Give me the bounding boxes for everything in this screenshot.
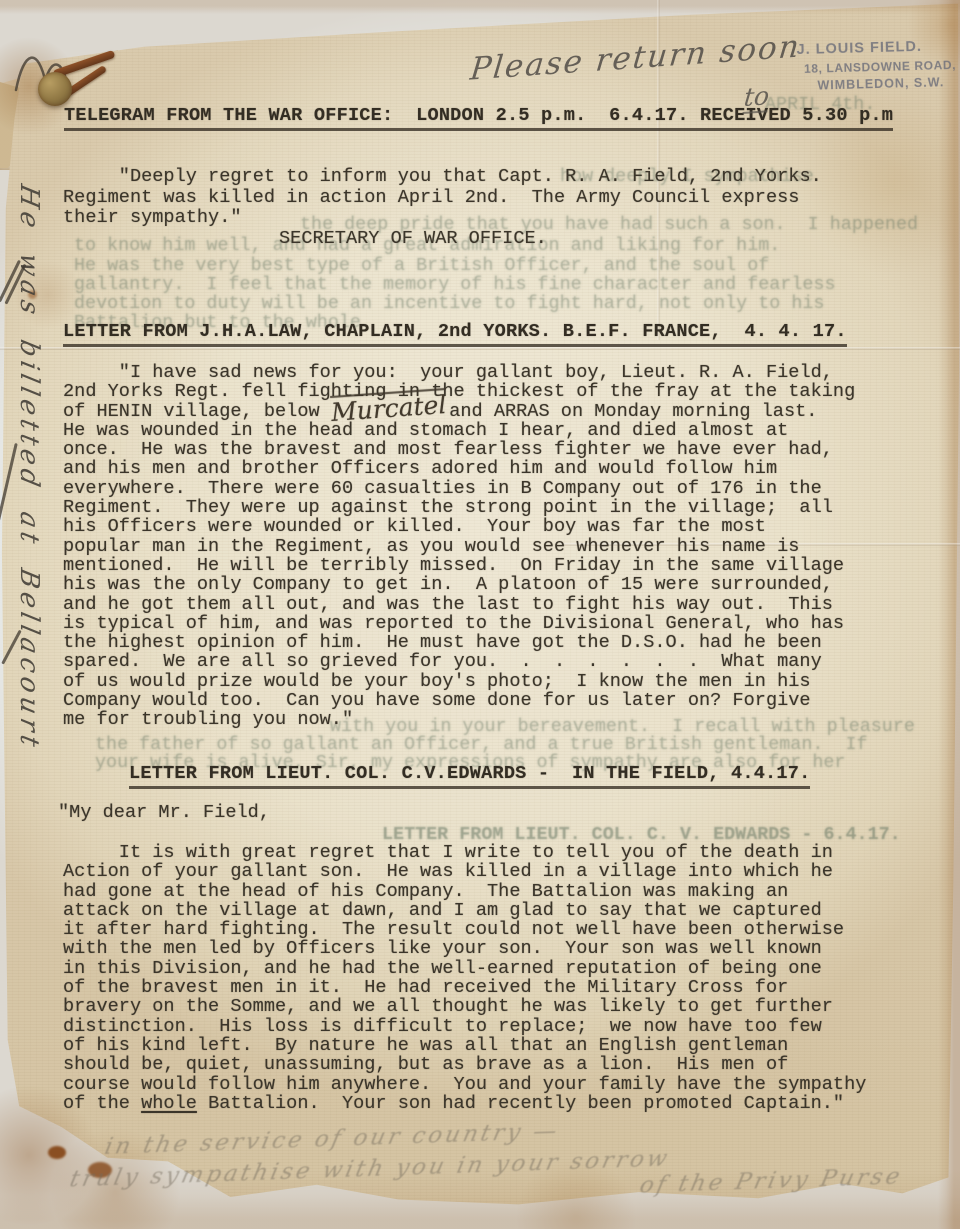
bleedthrough-line: He was the very best type of a British O… bbox=[74, 255, 769, 276]
chaplain-body-part2: and ARRAS on Monday morning last. He was… bbox=[63, 401, 844, 731]
underlined-word-whole: whole bbox=[141, 1093, 197, 1114]
bleedthrough-line: gallantry. I feel that the memory of his… bbox=[74, 274, 836, 295]
brass-fastener bbox=[38, 72, 72, 106]
telegram-heading: TELEGRAM FROM THE WAR OFFICE: LONDON 2.5… bbox=[64, 106, 893, 131]
chaplain-letter-body: "I have sad news for you: your gallant b… bbox=[63, 363, 908, 730]
telegram-body: "Deeply regret to inform you that Capt. … bbox=[63, 167, 903, 229]
telegram-signature: SECRETARY OF WAR OFFICE. bbox=[279, 229, 547, 248]
edwards-salutation: "My dear Mr. Field, bbox=[58, 803, 270, 822]
edwards-letter-body: It is with great regret that I write to … bbox=[63, 843, 908, 1113]
return-note-to: to bbox=[742, 81, 770, 114]
owner-stamp: J. LOUIS FIELD. 18, LANSDOWNE ROAD, WIMB… bbox=[796, 38, 956, 93]
fold-crease bbox=[0, 347, 960, 350]
handwritten-place-name: Murcatel bbox=[331, 405, 446, 413]
edwards-letter-heading: LETTER FROM LIEUT. COL. C.V.EDWARDS - IN… bbox=[129, 764, 810, 789]
rust-stain bbox=[48, 1146, 66, 1159]
stamp-name: J. LOUIS FIELD. bbox=[796, 38, 955, 58]
scanned-document: { "scan": { "paper_color": "#e9e0c8", "i… bbox=[0, 0, 960, 1229]
stamp-street: 18, LANSDOWNE ROAD, bbox=[797, 58, 956, 76]
edwards-body-part2: Battalion. Your son had recently been pr… bbox=[197, 1093, 844, 1114]
chaplain-letter-heading: LETTER FROM J.H.A.LAW, CHAPLAIN, 2nd YOR… bbox=[63, 322, 847, 347]
edwards-body-part1: It is with great regret that I write to … bbox=[63, 842, 866, 1114]
bleedthrough-line: devotion to duty will be an incentive to… bbox=[74, 293, 824, 314]
margin-note-handwritten: He was billetted at Bellacourt bbox=[14, 182, 44, 763]
